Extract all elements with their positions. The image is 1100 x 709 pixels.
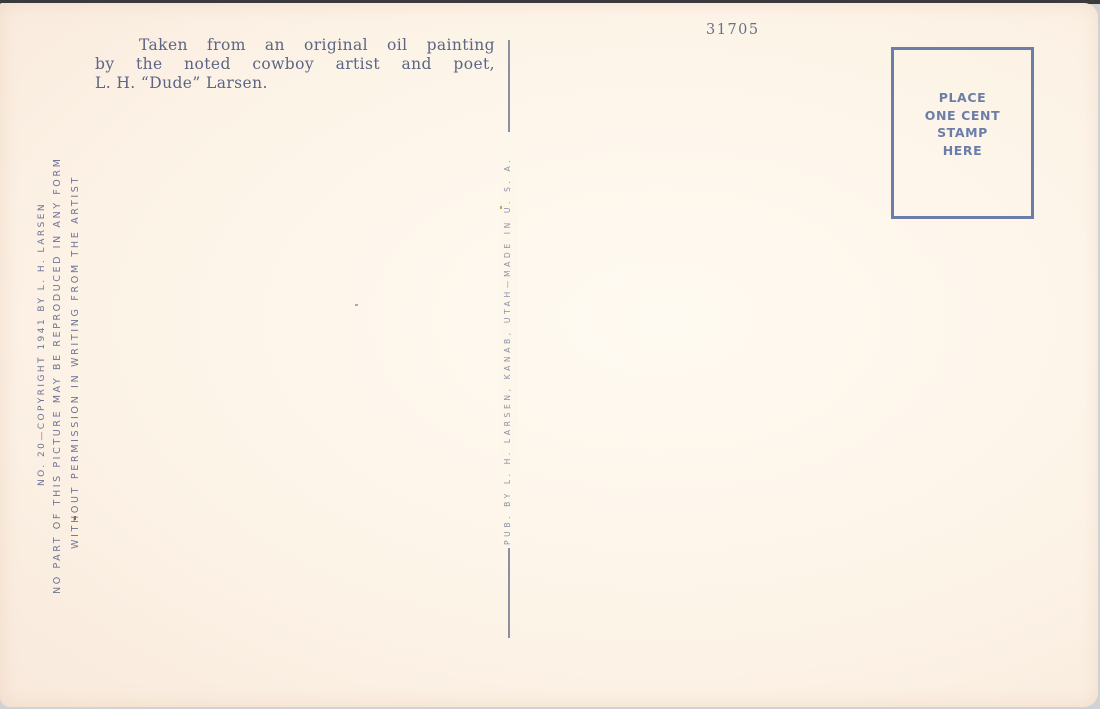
permission-notice: WITHOUT PERMISSION IN WRITING FROM THE A…	[70, 175, 81, 549]
paper-speck	[355, 304, 358, 306]
stamp-line: HERE	[925, 142, 1000, 160]
serial-number: 31705	[706, 22, 760, 38]
reproduction-notice: NO PART OF THIS PICTURE MAY BE REPRODUCE…	[52, 157, 63, 594]
publisher-imprint: PUB. BY L. H. LARSEN, KANAB, UTAH—MADE I…	[503, 157, 512, 545]
paper-speck	[74, 516, 76, 520]
stamp-instructions: PLACE ONE CENT STAMP HERE	[925, 89, 1000, 159]
credit-line-1: Taken from an original oil painting	[95, 36, 495, 55]
paper-speck	[500, 206, 502, 209]
stamp-line: ONE CENT	[925, 107, 1000, 125]
stamp-box: PLACE ONE CENT STAMP HERE	[891, 47, 1034, 219]
stamp-line: PLACE	[925, 89, 1000, 107]
stamp-line: STAMP	[925, 124, 1000, 142]
credit-line-2: by the noted cowboy artist and poet,	[95, 55, 495, 74]
credit-line-3: L. H. “Dude” Larsen.	[95, 74, 495, 93]
copyright-notice: NO. 20—COPYRIGHT 1941 BY L. H. LARSEN	[37, 202, 47, 486]
painting-credit-text: Taken from an original oil painting by t…	[95, 36, 495, 93]
